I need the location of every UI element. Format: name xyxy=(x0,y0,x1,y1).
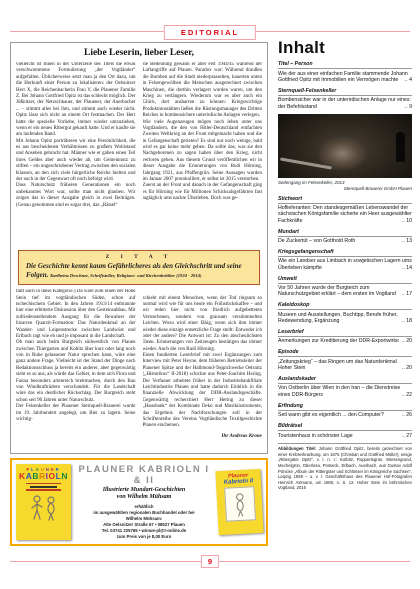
toc-title: Inhalt xyxy=(278,38,412,58)
advertisement-author: von Wilhelm Mühsam xyxy=(76,494,212,502)
ad-price: zum Preis von je 8,00 Euro xyxy=(76,534,212,540)
advertisement-subtitle-line1: Illustrierte Mundart-Geschichten xyxy=(76,487,212,495)
toc-entry-description: Bombensicher war in der unterirdischen A… xyxy=(278,97,411,109)
toc-category: Episode xyxy=(278,349,412,357)
toc-category: Stichwort xyxy=(278,196,412,204)
toc-page-number: .. 17 xyxy=(399,291,412,297)
book-cover-2-illustration-icon xyxy=(224,486,256,522)
book-cover-1-illustration-icon xyxy=(26,493,62,523)
toc-entry-description: Touristenhaus in schönster Lage xyxy=(278,433,353,439)
toc-entry-description: Wie der aus einer einfachen Familie stam… xyxy=(278,71,408,83)
toc-entry: Titel – Person Wie der aus einer einfach… xyxy=(278,61,412,83)
cellar-tunnel-photo xyxy=(278,114,412,178)
toc-entry-description: Museen und Ausstellungen, Buchtipp, Beru… xyxy=(278,312,398,324)
toc-entry: Stichwort Hoflieferanten: Den standesgem… xyxy=(278,196,412,225)
editorial-column-2-upper: ste Bedeutung gewann er aber erst 1944/4… xyxy=(143,62,263,246)
toc-entry-description: Hoflieferanten: Den standesgemäßen Leben… xyxy=(278,205,412,224)
table-of-contents: Inhalt Titel – Person Wie der aus einer … xyxy=(278,38,412,553)
quote-box: Z I T A T Die Geschichte kennt kaum Gefä… xyxy=(18,250,260,285)
toc-page-number: .. 18 xyxy=(399,318,412,324)
book-cover-1-title: KABRIOLN xyxy=(18,472,69,481)
fine-print-label: Abbildungen Titel: xyxy=(278,446,316,451)
toc-category: Leserbrief xyxy=(278,329,412,337)
photo-caption: Seitengang im Felsenkeller, 2013 Sternqu… xyxy=(278,180,412,192)
toc-category: Bildrätsel xyxy=(278,423,412,431)
tunnel-person-silhouette xyxy=(396,132,405,162)
quote-label: Z I T A T xyxy=(26,254,252,260)
toc-category: Umwelt xyxy=(278,276,412,284)
toc-entry: Mundart De Zuckertüt – von Gotthold Roth… xyxy=(278,229,412,245)
editorial-lower-columns: fällt auch in diese Kategorie.) Da wäre … xyxy=(16,289,262,439)
advertisement-title: PLAUNER KABRIOLN I & II xyxy=(76,464,212,486)
title-images-fine-print: Abbildungen Titel: Johann Gottfried Opit… xyxy=(278,443,412,490)
toc-entry-text: Anmerkungen zur Kreditierung der DDR-Exp… xyxy=(278,338,412,344)
toc-entry: Auslandskader Von Ostberlin über Wien in… xyxy=(278,376,412,398)
editorial-box: Liebe Leserin, lieber Leser, vielleicht … xyxy=(10,42,268,454)
editorial-column-2-lower: schieht mit einem Menschen, wenn der Tod… xyxy=(143,289,263,439)
toc-entry: Sternquell-Felsenkeller Bombensicher war… xyxy=(278,88,412,110)
toc-entry-description: Von Ostberlin über Wien in den Iran – di… xyxy=(278,385,400,397)
toc-category: Mundart xyxy=(278,229,412,237)
editorial-column-2-lower-text: schieht mit einem Menschen, wenn der Tod… xyxy=(143,296,263,429)
toc-category: Kriegsgefangenschaft xyxy=(278,249,412,257)
editorial-salutation: Liebe Leserin, lieber Leser, xyxy=(16,48,262,58)
toc-page-number: .. 9 xyxy=(402,104,412,110)
toc-entry: Leserbrief Anmerkungen zur Kreditierung … xyxy=(278,329,412,345)
toc-entry-description: „Zeitungskrieg“ – das Ringen um das Natu… xyxy=(278,359,397,371)
toc-page-number: .. 14 xyxy=(399,265,412,271)
toc-category: Titel – Person xyxy=(278,61,412,69)
toc-page-number: .. 13 xyxy=(399,238,412,244)
toc-entry-text: De Zuckertüt – von Gotthold Roth .. 13 xyxy=(278,238,412,244)
magazine-page: EDITORIAL Liebe Leserin, lieber Leser, v… xyxy=(0,0,420,589)
editorial-column-1-upper: vielleicht ist Ihnen in der Unterzeile d… xyxy=(16,62,136,246)
toc-entry-description: Vor 50 Jahren wurde der Burgteich zum Na… xyxy=(278,285,396,297)
book-cover-volume-1: PLAUNER KABRIOLN xyxy=(16,464,71,540)
toc-entry-description: De Zuckertüt – von Gotthold Roth xyxy=(278,238,355,244)
toc-entry: Kaleidoskop Museen und Ausstellungen, Bu… xyxy=(278,302,412,324)
toc-category: Sternquell-Felsenkeller xyxy=(278,88,412,96)
toc-page-number: .. 20 xyxy=(399,338,412,344)
tunnel-guardrail xyxy=(280,157,332,168)
advertisement-text: PLAUNER KABRIOLN I & II Illustrierte Mun… xyxy=(76,464,212,540)
toc-page-number: .. 4 xyxy=(402,77,412,83)
toc-page-number: .. 27 xyxy=(399,433,412,439)
editor-signature: Ihr Andreas Krone xyxy=(218,433,262,440)
toc-entry-text: Wie ein Landser aus Limbach in sowjetisc… xyxy=(278,258,412,271)
toc-entry-text: Bombensicher war in der unterirdischen A… xyxy=(278,97,412,110)
toc-entry-text: Touristenhaus in schönster Lage .. 27 xyxy=(278,433,412,439)
toc-page-number: .. 10 xyxy=(399,218,412,224)
toc-category: Auslandskader xyxy=(278,376,412,384)
editorial-upper-columns: vielleicht ist Ihnen in der Unterzeile d… xyxy=(16,62,262,246)
toc-entry-text: Museen und Ausstellungen, Buchtipp, Beru… xyxy=(278,312,412,325)
fine-print-text: Johann Gottfried Opitz, bereits gezeichn… xyxy=(278,446,412,490)
toc-entry-description: Wie ein Landser aus Limbach in sowjetisc… xyxy=(278,258,412,270)
toc-entry: Umwelt Vor 50 Jahren wurde der Burgteich… xyxy=(278,276,412,298)
advertisement-subtitle: Illustrierte Mundart-Geschichten von Wil… xyxy=(76,487,212,502)
toc-page-number: .. 20 xyxy=(399,365,412,371)
toc-page-number: .. 26 xyxy=(399,412,412,418)
advertisement-details: erhältlich im ausgewählten regionalen Bu… xyxy=(76,504,212,540)
toc-entry-text: Hoflieferanten: Den standesgemäßen Leben… xyxy=(278,205,412,224)
book-cover-volume-2: Plauner Kabrioln II xyxy=(215,469,263,535)
toc-entry: Bildrätsel Touristenhaus in schönster La… xyxy=(278,423,412,439)
toc-entry: Kriegsgefangenschaft Wie ein Landser aus… xyxy=(278,249,412,271)
toc-entry-text: Wie der aus einer einfachen Familie stam… xyxy=(278,71,412,84)
toc-entry-description: Seit wann gibt es eigentlich ... den Com… xyxy=(278,412,384,418)
toc-entry: Episode „Zeitungskrieg“ – das Ringen um … xyxy=(278,349,412,371)
quote-attribution: Karlheinz Deschner, Schriftsteller, Reli… xyxy=(50,273,201,278)
section-header: EDITORIAL xyxy=(164,25,256,40)
book-cover-1-small-text xyxy=(18,483,69,492)
toc-entry-text: „Zeitungskrieg“ – das Ringen um das Natu… xyxy=(278,359,412,372)
book-cover-2-title-line2: Kabrioln II xyxy=(218,478,259,486)
toc-entry-description: Anmerkungen zur Kreditierung der DDR-Exp… xyxy=(278,338,409,344)
editorial-column-1-lower: fällt auch in diese Kategorie.) Da wäre … xyxy=(16,289,136,439)
toc-entry-text: Vor 50 Jahren wurde der Burgteich zum Na… xyxy=(278,285,412,298)
toc-page-number: .. 22 xyxy=(399,392,412,398)
toc-entry: Erfindung Seit wann gibt es eigentlich .… xyxy=(278,403,412,419)
book-advertisement: PLAUNER KABRIOLN PLAUNER KABRIOLN I & II… xyxy=(10,458,268,546)
toc-entry-text: Seit wann gibt es eigentlich ... den Com… xyxy=(278,412,412,418)
quote-text: Die Geschichte kennt kaum Gefährlicheres… xyxy=(26,262,252,280)
page-number: 9 xyxy=(201,555,219,568)
toc-category: Kaleidoskop xyxy=(278,302,412,310)
toc-category: Erfindung xyxy=(278,403,412,411)
toc-entry-text: Von Ostberlin über Wien in den Iran – di… xyxy=(278,385,412,398)
